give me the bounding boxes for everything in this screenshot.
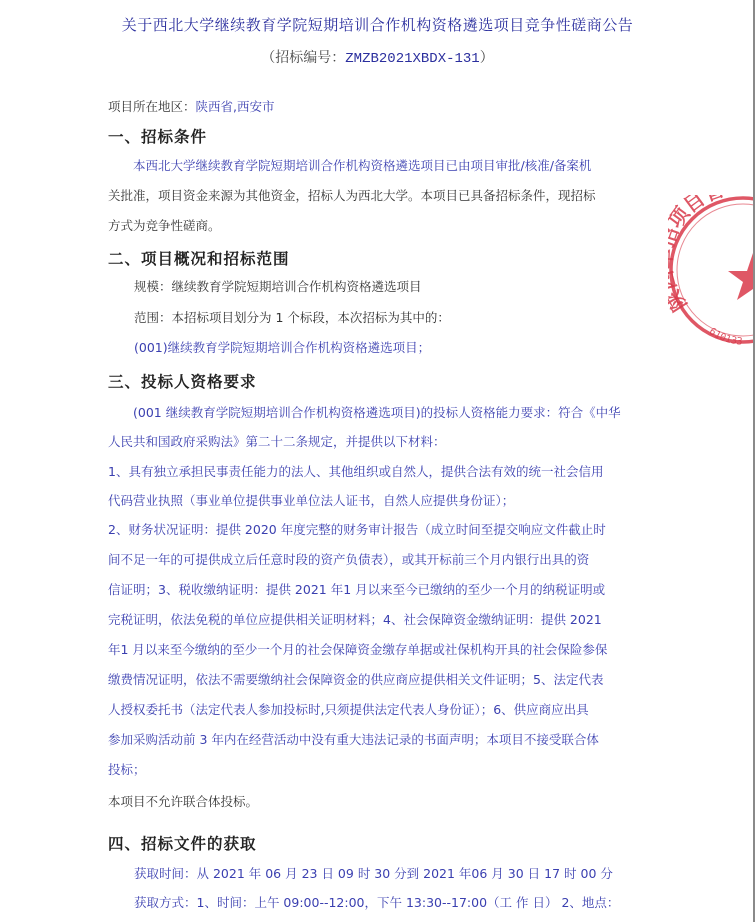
section-3-line: 人民共和国政府采购法》第二十二条规定，并提供以下材料： [108, 432, 446, 450]
section-3-line: 1、具有独立承担民事责任能力的法人、其他组织或自然人，提供合法有效的统一社会信用 [108, 462, 603, 480]
section-1-line: 关批准，项目资金来源为其他资金，招标人为西北大学。本项目已具备招标条件，现招标 [108, 186, 596, 204]
section-3-line: 2、财务状况证明：提供 2020 年度完整的财务审计报告（成立时间至提交响应文件… [108, 520, 606, 538]
section-1-line: 方式为竞争性磋商。 [108, 216, 221, 234]
document-subtitle: （招标编号：ZMZB2021XBDX-131） [0, 47, 755, 67]
section-3-line: 年1 月以来至今缴纳的至少一个月的社会保障资金缴存单据或社保机构开具的社会保险参… [108, 640, 607, 658]
section-1-line: 本西北大学继续教育学院短期培训合作机构资格遴选项目已由项目审批/核准/备案机 [108, 156, 591, 174]
section-3-line: 投标； [108, 760, 146, 778]
section-heading-2: 二、项目概况和招标范围 [108, 247, 290, 269]
section-heading-4: 四、招标文件的获取 [108, 832, 257, 854]
section-2-lot: (001)继续教育学院短期培训合作机构资格遴选项目； [134, 338, 430, 356]
official-seal-stamp: 陕西卓招项目管 610133 [668, 195, 755, 345]
star-icon [728, 253, 755, 300]
section-heading-3: 三、投标人资格要求 [108, 370, 257, 392]
subtitle-suffix: ） [480, 50, 494, 66]
tender-code: ZMZB2021XBDX-131 [345, 51, 479, 67]
section-3-line: (001 继续教育学院短期培训合作机构资格遴选项目)的投标人资格能力要求：符合《… [108, 403, 621, 421]
tender-announcement-page: 关于西北大学继续教育学院短期培训合作机构资格遴选项目竞争性磋商公告 （招标编号：… [0, 0, 755, 922]
section-4-time: 获取时间：从 2021 年 06 月 23 日 09 时 30 分到 2021 … [134, 864, 613, 882]
section-heading-1: 一、招标条件 [108, 125, 207, 147]
project-region: 项目所在地区：陕西省,西安市 [108, 97, 275, 115]
section-3-line: 人授权委托书（法定代表人参加投标时,只须提供法定代表人身份证）；6、供应商应出具 [108, 700, 589, 718]
section-2-scale: 规模：继续教育学院短期培训合作机构资格遴选项目 [134, 277, 422, 295]
seal-text: 陕西卓招项目管 [668, 195, 727, 316]
region-label: 项目所在地区： [108, 99, 196, 114]
region-value: 陕西省,西安市 [196, 99, 275, 114]
section-3-line: 参加采购活动前 3 年内在经营活动中没有重大违法记录的书面声明；本项目不接受联合… [108, 730, 599, 748]
section-2-scope: 范围：本招标项目划分为 1 个标段，本次招标为其中的： [134, 308, 450, 326]
section-3-line: 间不足一年的可提供成立后任意时段的资产负债表），或其开标前三个月内银行出具的资 [108, 550, 589, 568]
section-3-line: 信证明；3、税收缴纳证明：提供 2021 年1 月以来至今已缴纳的至少一个月的纳… [108, 580, 605, 598]
section-3-note: 本项目不允许联合体投标。 [108, 792, 258, 810]
section-3-line: 完税证明，依法免税的单位应提供相关证明材料；4、社会保障资金缴纳证明：提供 20… [108, 610, 602, 628]
section-4-method: 获取方式：1、时间：上午 09:00--12:00，下午 13:30--17:0… [134, 893, 619, 911]
document-title: 关于西北大学继续教育学院短期培训合作机构资格遴选项目竞争性磋商公告 [0, 14, 755, 35]
section-3-line: 代码营业执照（事业单位提供事业单位法人证书，自然人应提供身份证）； [108, 491, 514, 509]
section-3-line: 缴费情况证明，依法不需要缴纳社会保障资金的供应商应提供相关文件证明；5、法定代表 [108, 670, 603, 688]
subtitle-prefix: （招标编号： [261, 50, 345, 66]
